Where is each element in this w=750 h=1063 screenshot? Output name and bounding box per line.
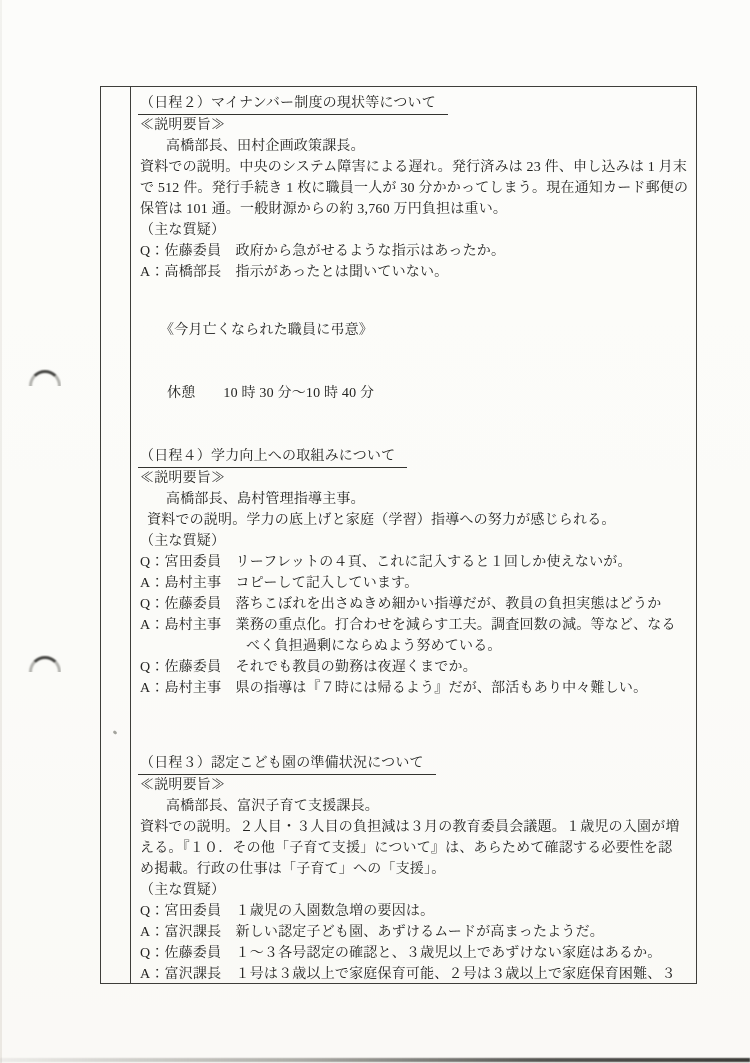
scan-edge-left-artifact <box>0 0 2 1063</box>
section-title-text: （日程４）学力向上への取組みについて <box>138 446 407 468</box>
table-left-margin-column <box>101 87 131 983</box>
qa-line-question: Q：佐藤委員 落ちこぼれを出さぬきめ細かい指導だが、教員の負担実態はどうか <box>140 594 694 615</box>
section-agenda-3: （日程３）認定こども園の準備状況について ≪説明要旨≫ 高橋部長、富沢子育て支援… <box>140 753 694 983</box>
section-agenda-4: （日程４）学力向上への取組みについて ≪説明要旨≫ 高橋部長、島村管理指導主事。… <box>140 446 694 699</box>
qa-line-answer-truncated: A：富沢課長 １号は３歳以上で家庭保育可能、２号は３歳以上で家庭保育困難、３ <box>140 964 694 983</box>
punch-hole-mark-top <box>27 369 61 386</box>
summary-line: 資料での説明。学力の底上げと家庭（学習）指導への努力が感じられる。 <box>140 510 694 531</box>
summary-line: 資料での説明。２人目・３人目の負担減は３月の教育委員会議題。１歳児の入園が増 <box>140 817 694 838</box>
qa-line-answer: A：島村主事 県の指導は『７時には帰るよう』だが、部活もあり中々難しい。 <box>140 678 694 699</box>
summary-heading: ≪説明要旨≫ <box>140 115 694 136</box>
qa-heading: （主な質疑） <box>140 220 694 241</box>
summary-line: 資料での説明。中央のシステム障害による遅れ。発行済みは 23 件、申し込みは 1… <box>140 157 694 178</box>
qa-line-answer: A：富沢課長 新しい認定子ども園、あずけるムードが高まったようだ。 <box>140 922 694 943</box>
break-label: 休憩 <box>167 386 195 401</box>
presenter-line: 高橋部長、田村企画政策課長。 <box>140 136 694 157</box>
summary-line: える。『１０．その他「子育て支援」について』は、あらためて確認する必要性を認 <box>140 838 694 859</box>
qa-line-question: Q：佐藤委員 政府から急がせるような指示はあったか。 <box>140 241 694 262</box>
qa-line-answer-continuation: べく負担過剰にならぬよう努めている。 <box>140 636 694 657</box>
qa-line-answer: A：島村主事 業務の重点化。打合わせを減らす工夫。調査回数の減。等など、なる <box>140 615 694 636</box>
minutes-content: （日程２）マイナンバー制度の現状等について ≪説明要旨≫ 高橋部長、田村企画政策… <box>132 87 696 983</box>
qa-line-answer: A：高橋部長 指示があったとは聞いていない。 <box>140 262 694 283</box>
section-title-text: （日程２）マイナンバー制度の現状等について <box>138 93 448 115</box>
qa-line-question: Q：宮田委員 リーフレットの４頁、これに記入すると１回しか使えないが。 <box>140 552 694 573</box>
section-title: （日程４）学力向上への取組みについて <box>140 446 694 468</box>
punch-hole-mark-bottom <box>27 655 61 672</box>
presenter-line: 高橋部長、富沢子育て支援課長。 <box>140 796 694 817</box>
break-time: 10 時 30 分～10 時 40 分 <box>195 386 374 401</box>
minutes-table: （日程２）マイナンバー制度の現状等について ≪説明要旨≫ 高橋部長、田村企画政策… <box>100 86 697 984</box>
summary-line: 保管は 101 通。一般財源からの約 3,760 万円負担は重い。 <box>140 199 694 220</box>
qa-line-question: Q：佐藤委員 それでも教員の勤務は夜遅くまでか。 <box>140 657 694 678</box>
qa-heading: （主な質疑） <box>140 531 694 552</box>
presenter-line: 高橋部長、島村管理指導主事。 <box>140 489 694 510</box>
summary-heading: ≪説明要旨≫ <box>140 775 694 796</box>
qa-heading: （主な質疑） <box>140 880 694 901</box>
section-title: （日程２）マイナンバー制度の現状等について <box>140 93 694 115</box>
section-title-text: （日程３）認定こども園の準備状況について <box>138 753 436 775</box>
qa-line-question: Q：佐藤委員 １～３各号認定の確認と、３歳児以上であずけない家庭はあるか。 <box>140 943 694 964</box>
section-agenda-2: （日程２）マイナンバー制度の現状等について ≪説明要旨≫ 高橋部長、田村企画政策… <box>140 93 694 283</box>
summary-line: で 512 件。発行手続き 1 枚に職員一人が 30 分かかってしまう。現在通知… <box>140 178 694 199</box>
summary-heading: ≪説明要旨≫ <box>140 468 694 489</box>
break-note: 休憩10 時 30 分～10 時 40 分 <box>140 383 694 404</box>
summary-line: め掲載。行政の仕事は「子育て」への「支援」。 <box>140 859 694 880</box>
memorial-note: 《今月亡くなられた職員に弔意》 <box>140 320 694 341</box>
section-title: （日程３）認定こども園の準備状況について <box>140 753 694 775</box>
scanned-page: （日程２）マイナンバー制度の現状等について ≪説明要旨≫ 高橋部長、田村企画政策… <box>0 0 750 1063</box>
qa-line-question: Q：宮田委員 １歳児の入園数急増の要因は。 <box>140 901 694 922</box>
scan-edge-bottom-artifact <box>0 1058 750 1062</box>
qa-line-answer: A：島村主事 コピーして記入しています。 <box>140 573 694 594</box>
